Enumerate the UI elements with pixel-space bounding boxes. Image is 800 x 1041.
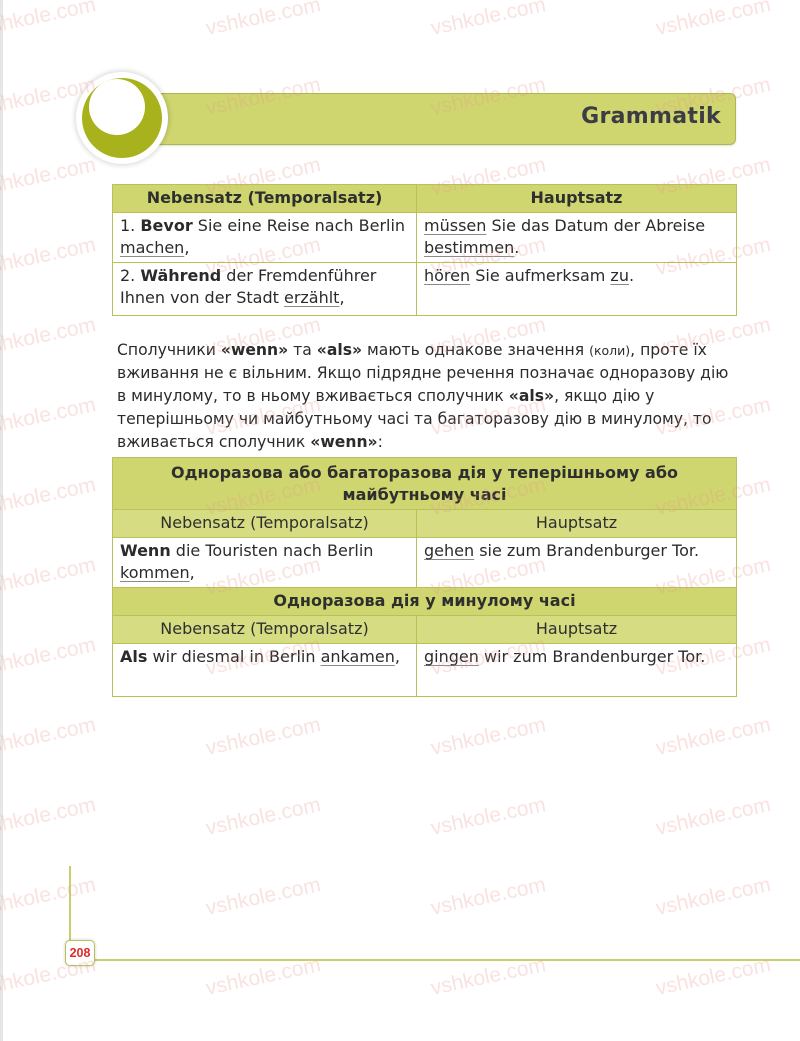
- keyword: «wenn»: [310, 433, 377, 451]
- footer-horizontal-rule: [92, 959, 800, 961]
- keyword: «als»: [317, 341, 362, 359]
- nebensatz-cell: 1. Bevor Sie eine Reise nach Berlin mach…: [113, 213, 417, 263]
- text: ,: [184, 238, 189, 257]
- temporal-clauses-table: Nebensatz (Temporalsatz) Hauptsatz 1. Be…: [112, 184, 737, 316]
- keyword: Als: [120, 647, 147, 666]
- watermark-text: vshkole.com: [429, 713, 548, 761]
- hauptsatz-cell: müssen Sie das Datum der Abreise bestimm…: [417, 213, 737, 263]
- crescent-ring-icon: [76, 72, 168, 164]
- text: 2.: [120, 266, 140, 285]
- nebensatz-cell: 2. Während der Fremdenführer Ihnen von d…: [113, 263, 417, 316]
- verb: bestimmen: [424, 238, 514, 257]
- text: 1.: [120, 216, 140, 235]
- hauptsatz-cell: hören Sie aufmerksam zu.: [417, 263, 737, 316]
- watermark-text: vshkole.com: [204, 873, 323, 921]
- page-edge: [0, 0, 3, 1041]
- translation: (коли): [589, 343, 630, 358]
- verb: gehen: [424, 541, 474, 560]
- watermark-text: vshkole.com: [429, 793, 548, 841]
- text: мають однакове значення: [362, 341, 589, 359]
- keyword: «als»: [509, 387, 554, 405]
- explanation-paragraph: Сполучники «wenn» та «als» мають однаков…: [117, 339, 737, 454]
- section-header-bar: Grammatik: [150, 93, 736, 145]
- text: ,: [339, 288, 344, 307]
- footer-vertical-rule: [69, 866, 71, 942]
- page-number: 208: [65, 940, 95, 966]
- keyword: «wenn»: [221, 341, 288, 359]
- verb: ankamen: [321, 647, 395, 666]
- table-row: 1. Bevor Sie eine Reise nach Berlin mach…: [113, 213, 737, 263]
- watermark-text: vshkole.com: [204, 713, 323, 761]
- verb: hören: [424, 266, 470, 285]
- hauptsatz-cell: gingen wir zum Brandenburger Tor.: [417, 644, 737, 697]
- verb: erzählt: [284, 288, 339, 307]
- text: wir diesmal in Berlin: [147, 647, 320, 666]
- text: Sie eine Reise nach Berlin: [193, 216, 405, 235]
- logo-hole: [89, 79, 145, 135]
- table-row: Wenn die Touristen nach Berlin kommen, g…: [113, 538, 737, 588]
- verb: müssen: [424, 216, 486, 235]
- table-header-row: Nebensatz (Temporalsatz) Hauptsatz: [113, 510, 737, 538]
- text: wir zum Brandenburger Tor.: [479, 647, 705, 666]
- nebensatz-cell: Als wir diesmal in Berlin ankamen,: [113, 644, 417, 697]
- section-title-past: Одноразова дія у минулому часі: [113, 588, 737, 616]
- watermark-text: vshkole.com: [204, 793, 323, 841]
- text: та: [288, 341, 317, 359]
- header-nebensatz: Nebensatz (Temporalsatz): [113, 185, 417, 213]
- table-header-row: Nebensatz (Temporalsatz) Hauptsatz: [113, 185, 737, 213]
- text: :: [378, 433, 383, 451]
- watermark-text: vshkole.com: [0, 313, 98, 361]
- text: Sie das Datum der Abreise: [486, 216, 705, 235]
- watermark-text: vshkole.com: [0, 633, 98, 681]
- header-hauptsatz: Hauptsatz: [417, 185, 737, 213]
- header-nebensatz: Nebensatz (Temporalsatz): [113, 616, 417, 644]
- watermark-text: vshkole.com: [0, 0, 98, 41]
- section-title: Grammatik: [581, 104, 721, 129]
- text: ,: [190, 563, 195, 582]
- watermark-text: vshkole.com: [0, 713, 98, 761]
- hauptsatz-cell: gehen sie zum Brandenburger Tor.: [417, 538, 737, 588]
- text: .: [514, 238, 519, 257]
- watermark-text: vshkole.com: [654, 713, 773, 761]
- text: sie zum Brandenburger Tor.: [474, 541, 699, 560]
- text: Sie aufmerksam: [470, 266, 610, 285]
- verb: zu: [610, 266, 629, 285]
- keyword: Wenn: [120, 541, 171, 560]
- watermark-text: vshkole.com: [654, 0, 773, 41]
- verb: machen: [120, 238, 184, 257]
- watermark-text: vshkole.com: [0, 393, 98, 441]
- table-row: 2. Während der Fremdenführer Ihnen von d…: [113, 263, 737, 316]
- watermark-text: vshkole.com: [0, 153, 98, 201]
- wenn-als-table: Одноразова або багаторазова дія у тепері…: [112, 457, 737, 697]
- table-row: Als wir diesmal in Berlin ankamen, ginge…: [113, 644, 737, 697]
- watermark-text: vshkole.com: [429, 0, 548, 41]
- text: Сполучники: [117, 341, 221, 359]
- verb: kommen: [120, 563, 190, 582]
- text: ,: [395, 647, 400, 666]
- section-title-row: Одноразова або багаторазова дія у тепері…: [113, 458, 737, 510]
- watermark-text: vshkole.com: [0, 793, 98, 841]
- text: .: [629, 266, 634, 285]
- table-header-row: Nebensatz (Temporalsatz) Hauptsatz: [113, 616, 737, 644]
- watermark-text: vshkole.com: [0, 553, 98, 601]
- keyword: Bevor: [140, 216, 192, 235]
- section-title-present-future: Одноразова або багаторазова дія у тепері…: [113, 458, 737, 510]
- text: die Touristen nach Berlin: [171, 541, 374, 560]
- watermark-text: vshkole.com: [0, 233, 98, 281]
- watermark-text: vshkole.com: [0, 473, 98, 521]
- watermark-text: vshkole.com: [0, 873, 98, 921]
- watermark-text: vshkole.com: [654, 873, 773, 921]
- section-title-row: Одноразова дія у минулому часі: [113, 588, 737, 616]
- nebensatz-cell: Wenn die Touristen nach Berlin kommen,: [113, 538, 417, 588]
- header-hauptsatz: Hauptsatz: [417, 510, 737, 538]
- watermark-text: vshkole.com: [654, 793, 773, 841]
- verb: gingen: [424, 647, 479, 666]
- header-hauptsatz: Hauptsatz: [417, 616, 737, 644]
- watermark-text: vshkole.com: [429, 873, 548, 921]
- header-nebensatz: Nebensatz (Temporalsatz): [113, 510, 417, 538]
- watermark-text: vshkole.com: [204, 0, 323, 41]
- keyword: Während: [140, 266, 221, 285]
